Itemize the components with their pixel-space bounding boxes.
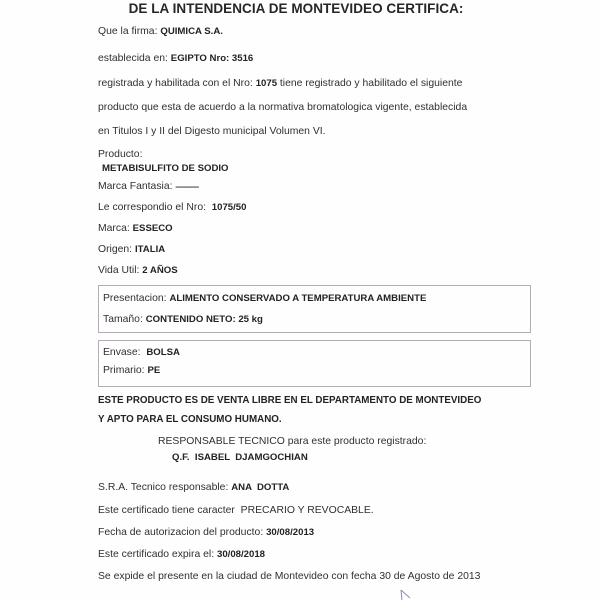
product-value: METABISULFITO DE SODIO bbox=[102, 163, 229, 174]
brand-value: ESSECO bbox=[133, 223, 173, 234]
signature-stroke-icon bbox=[400, 588, 412, 600]
technical-lead-label: RESPONSABLE TECNICO para este producto r… bbox=[158, 436, 426, 447]
primary-line: Primario: PE bbox=[103, 365, 160, 376]
expiry-line: Este certificado expira el: 30/08/2018 bbox=[98, 549, 265, 560]
shelf-life-line: Vida Util: 2 AÑOS bbox=[98, 265, 178, 276]
packaging-box: Envase: BOLSA Primario: PE bbox=[98, 340, 531, 387]
address-label: establecida en: bbox=[98, 53, 168, 64]
origin-label: Origen: bbox=[98, 244, 132, 255]
technical-lead-name: Q.F. ISABEL DJAMGOCHIAN bbox=[172, 452, 308, 463]
address-value: EGIPTO Nro: 3516 bbox=[171, 53, 253, 64]
origin-value: ITALIA bbox=[135, 244, 165, 255]
free-sale-line-2: Y APTO PARA EL CONSUMO HUMANO. bbox=[98, 414, 282, 425]
character-line: Este certificado tiene caracter PRECARIO… bbox=[98, 505, 374, 516]
expiry-value: 30/08/2018 bbox=[217, 549, 265, 560]
firm-line: Que la firma: QUIMICA S.A. bbox=[98, 26, 223, 37]
brand-label: Marca: bbox=[98, 223, 130, 234]
registration-number: 1075 bbox=[256, 78, 277, 89]
authorization-date-line: Fecha de autorizacion del producto: 30/0… bbox=[98, 527, 314, 538]
brand-fantasy-value: --------------- bbox=[175, 184, 198, 191]
container-line: Envase: BOLSA bbox=[103, 347, 180, 358]
address-line: establecida en: EGIPTO Nro: 3516 bbox=[98, 53, 253, 64]
authorization-date-label: Fecha de autorizacion del producto: bbox=[98, 527, 263, 538]
presentation-label: Presentacion: bbox=[103, 293, 167, 304]
registration-prefix: registrada y habilitada con el Nro: bbox=[98, 78, 253, 89]
product-label: Producto: bbox=[98, 149, 142, 160]
origin-line: Origen: ITALIA bbox=[98, 244, 165, 255]
registration-line-3: en Titulos I y II del Digesto municipal … bbox=[98, 126, 326, 137]
certificate-page: DE LA INTENDENCIA DE MONTEVIDEO CERTIFIC… bbox=[0, 0, 600, 600]
brand-line: Marca: ESSECO bbox=[98, 223, 173, 234]
authorization-date-value: 30/08/2013 bbox=[266, 527, 314, 538]
brand-fantasy-line: Marca Fantasia: --------------- bbox=[98, 181, 198, 192]
size-label: Tamaño: bbox=[103, 314, 143, 325]
assigned-number-line: Le correspondio el Nro: 1075/50 bbox=[98, 202, 246, 213]
shelf-life-value: 2 AÑOS bbox=[142, 265, 177, 276]
firm-label: Que la firma: bbox=[98, 26, 157, 37]
registration-line-1: registrada y habilitada con el Nro: 1075… bbox=[98, 78, 462, 89]
product-value-line: METABISULFITO DE SODIO bbox=[102, 163, 229, 174]
free-sale-line-1: ESTE PRODUCTO ES DE VENTA LIBRE EN EL DE… bbox=[98, 395, 481, 406]
primary-value: PE bbox=[147, 365, 160, 376]
sra-tech-line: S.R.A. Tecnico responsable: ANA DOTTA bbox=[98, 482, 289, 493]
registration-suffix: tiene registrado y habilitado el siguien… bbox=[280, 78, 463, 89]
firm-value: QUIMICA S.A. bbox=[160, 26, 223, 37]
size-value: CONTENIDO NETO: 25 kg bbox=[146, 314, 263, 325]
container-value: BOLSA bbox=[146, 347, 180, 358]
presentation-box: Presentacion: ALIMENTO CONSERVADO A TEMP… bbox=[98, 285, 531, 333]
technical-lead-name-line: Q.F. ISABEL DJAMGOCHIAN bbox=[172, 452, 308, 463]
sra-tech-value: ANA DOTTA bbox=[231, 482, 289, 493]
shelf-life-label: Vida Util: bbox=[98, 265, 139, 276]
certificate-heading: DE LA INTENDENCIA DE MONTEVIDEO CERTIFIC… bbox=[0, 1, 592, 16]
issued-line: Se expide el presente en la ciudad de Mo… bbox=[98, 571, 480, 582]
sra-tech-label: S.R.A. Tecnico responsable: bbox=[98, 482, 228, 493]
registration-line-2: producto que esta de acuerdo a la normat… bbox=[98, 102, 467, 113]
container-label: Envase: bbox=[103, 347, 141, 358]
presentation-value: ALIMENTO CONSERVADO A TEMPERATURA AMBIEN… bbox=[169, 293, 426, 304]
brand-fantasy-label: Marca Fantasia: bbox=[98, 181, 173, 192]
assigned-number-value: 1075/50 bbox=[212, 202, 247, 213]
presentation-line: Presentacion: ALIMENTO CONSERVADO A TEMP… bbox=[103, 293, 426, 304]
assigned-number-label: Le correspondio el Nro: bbox=[98, 202, 206, 213]
expiry-label: Este certificado expira el: bbox=[98, 549, 214, 560]
size-line: Tamaño: CONTENIDO NETO: 25 kg bbox=[103, 314, 263, 325]
primary-label: Primario: bbox=[103, 365, 145, 376]
